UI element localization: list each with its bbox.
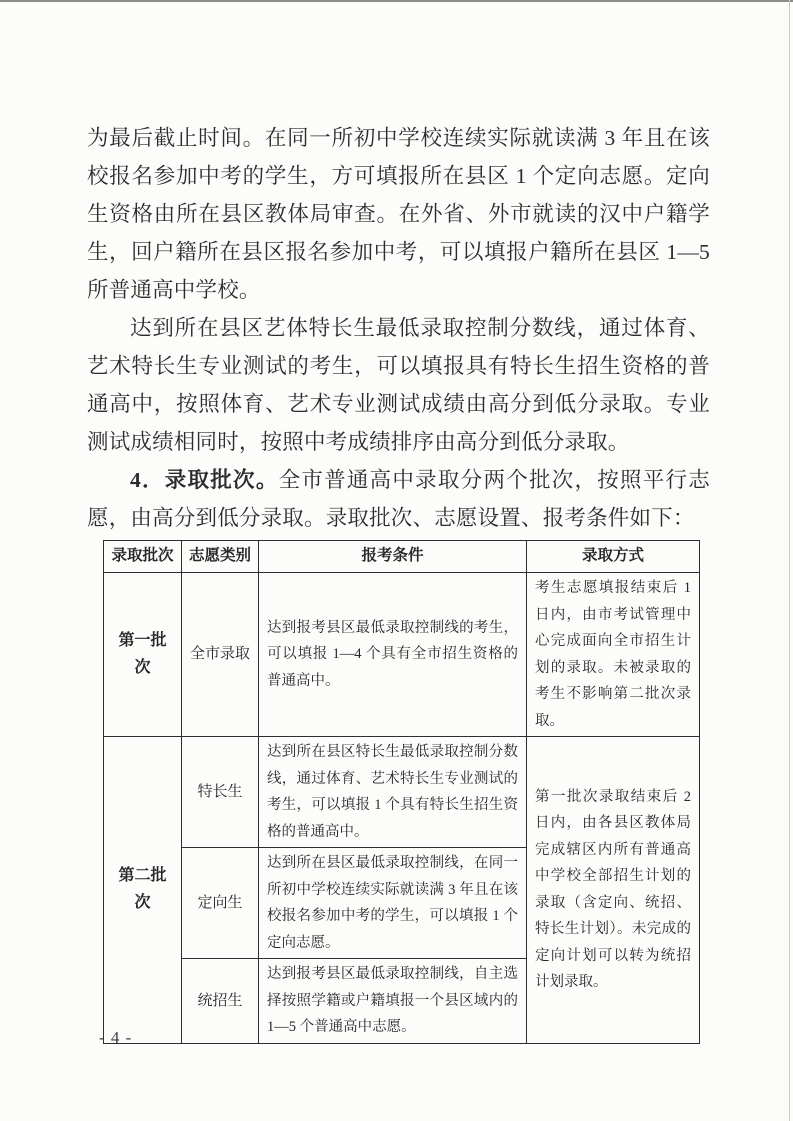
cell-talent-condition: 达到所在县区特长生最低录取控制分数线，通过体育、艺术特长生专业测试的考生，可以填… — [259, 737, 527, 848]
header-method: 录取方式 — [527, 541, 700, 573]
cell-batch2-label: 第二批次 — [104, 737, 182, 1044]
cell-general-condition: 达到报考县区最低录取控制线，自主选择按照学籍或户籍填报一个县区域内的 1—5 个… — [259, 959, 527, 1044]
cell-talent-category: 特长生 — [182, 737, 259, 848]
paragraph-directed-enrollment: 为最后截止时间。在同一所初中学校连续实际就读满 3 年且在该校报名参加中考的学生… — [87, 119, 710, 309]
table-header-row: 录取批次 志愿类别 报考条件 录取方式 — [104, 541, 700, 573]
cell-batch2-method: 第一批次录取结束后 2 日内，由各县区教体局完成辖区内所有普通高中学校全部招生计… — [527, 737, 700, 1044]
header-batch: 录取批次 — [104, 541, 182, 573]
cell-batch1-label: 第一批次 — [104, 573, 182, 737]
cell-batch1-method: 考生志愿填报结束后 1 日内，由市考试管理中心完成面向全市招生计划的录取。未被录… — [527, 573, 700, 737]
table-row-talent: 第二批次 特长生 达到所在县区特长生最低录取控制分数线，通过体育、艺术特长生专业… — [104, 737, 700, 848]
cell-batch1-category: 全市录取 — [182, 573, 259, 737]
header-condition: 报考条件 — [259, 541, 527, 573]
cell-batch1-condition: 达到报考县区最低录取控制线的考生，可以填报 1—4 个具有全市招生资格的普通高中… — [259, 573, 527, 737]
cell-general-category: 统招生 — [182, 959, 259, 1044]
header-category: 志愿类别 — [182, 541, 259, 573]
paragraph-lead-bold: 4．录取批次。 — [130, 468, 279, 492]
table-row-batch1: 第一批次 全市录取 达到报考县区最低录取控制线的考生，可以填报 1—4 个具有全… — [104, 573, 700, 737]
page-number: - 4 - — [99, 1028, 132, 1048]
cell-directed-category: 定向生 — [182, 848, 259, 959]
paragraph-admission-batches: 4．录取批次。全市普通高中录取分两个批次，按照平行志愿，由高分到低分录取。录取批… — [87, 461, 710, 537]
cell-directed-condition: 达到所在县区最低录取控制线，在同一所初中学校连续实际就读满 3 年且在该校报名参… — [259, 848, 527, 959]
document-page: 为最后截止时间。在同一所初中学校连续实际就读满 3 年且在该校报名参加中考的学生… — [0, 0, 793, 1121]
page-content: 为最后截止时间。在同一所初中学校连续实际就读满 3 年且在该校报名参加中考的学生… — [87, 119, 710, 1044]
paragraph-art-sports-special: 达到所在县区艺体特长生最低录取控制分数线，通过体育、艺术特长生专业测试的考生，可… — [87, 309, 710, 461]
admission-batches-table: 录取批次 志愿类别 报考条件 录取方式 第一批次 全市录取 达到报考县区最低录取… — [103, 540, 700, 1044]
scan-artifact-right-edge — [789, 0, 790, 1121]
scan-artifact-top-edge — [0, 0, 793, 2]
